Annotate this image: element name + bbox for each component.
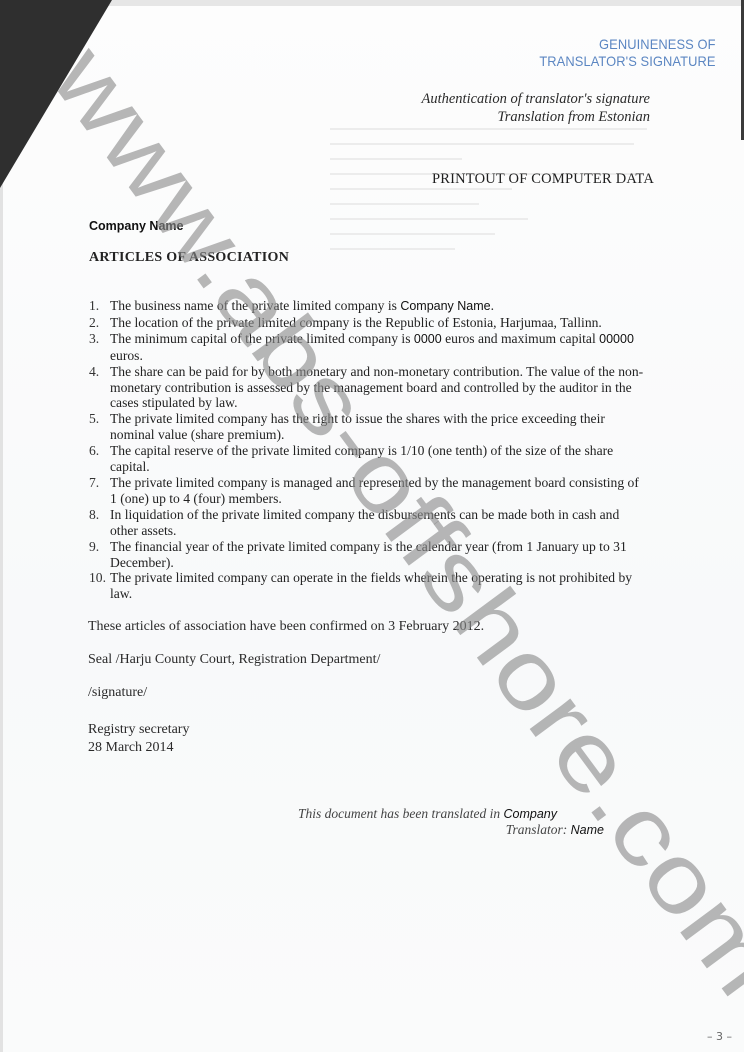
article-item: 3.The minimum capital of the private lim…	[89, 331, 649, 364]
article-item: 8.In liquidation of the private limited …	[89, 507, 649, 539]
article-text: euros.	[110, 348, 143, 363]
article-number: 5.	[89, 411, 107, 427]
page-number: – 3 –	[707, 1030, 732, 1043]
article-number: 10.	[89, 570, 107, 586]
article-text: The share can be paid for by both moneta…	[110, 364, 643, 411]
article-item: 6.The capital reserve of the private lim…	[89, 443, 649, 475]
authentication-heading: Authentication of translator's signature…	[421, 90, 650, 126]
article-text: The private limited company is managed a…	[110, 475, 639, 506]
article-text: The private limited company can operate …	[110, 570, 632, 601]
stamp-line-2: TRANSLATOR'S SIGNATURE	[540, 53, 716, 70]
registry-title: Registry secretary	[88, 721, 189, 739]
article-text: The capital reserve of the private limit…	[110, 443, 613, 474]
bleed-through-text	[330, 128, 660, 263]
articles-title: ARTICLES OF ASSOCIATION	[89, 250, 289, 266]
folded-corner-shadow	[0, 0, 120, 190]
article-item: 10.The private limited company can opera…	[89, 570, 649, 602]
article-inserted-value: 0000	[414, 332, 442, 346]
translator-label: Translator:	[506, 822, 571, 837]
article-item: 1.The business name of the private limit…	[89, 298, 649, 315]
article-text: In liquidation of the private limited co…	[110, 507, 619, 538]
seal-text: Seal /Harju County Court, Registration D…	[88, 652, 380, 668]
genuineness-stamp: GENUINENESS OF TRANSLATOR'S SIGNATURE	[540, 36, 716, 70]
articles-list: 1.The business name of the private limit…	[89, 298, 649, 602]
article-number: 8.	[89, 507, 107, 523]
registry-block: Registry secretary 28 March 2014	[88, 721, 189, 757]
article-number: 1.	[89, 298, 107, 314]
article-item: 9.The financial year of the private limi…	[89, 539, 649, 571]
article-item: 7.The private limited company is managed…	[89, 475, 649, 507]
article-text: The business name of the private limited…	[110, 298, 400, 313]
company-name-header: Company Name	[89, 219, 183, 233]
translator-line: Translator: Name	[298, 822, 618, 838]
translation-note: This document has been translated in Com…	[298, 806, 618, 838]
article-item: 5.The private limited company has the ri…	[89, 411, 649, 443]
article-text: The location of the private limited comp…	[110, 315, 602, 330]
confirmation-text: These articles of association have been …	[88, 619, 484, 635]
article-number: 3.	[89, 331, 107, 347]
translation-company: Company	[504, 807, 558, 821]
article-text: The financial year of the private limite…	[110, 539, 627, 570]
scan-left-edge	[0, 180, 3, 1052]
article-number: 7.	[89, 475, 107, 491]
article-text: euros and maximum capital	[442, 331, 599, 346]
printout-label: PRINTOUT OF COMPUTER DATA	[432, 171, 654, 188]
article-number: 9.	[89, 539, 107, 555]
article-number: 4.	[89, 364, 107, 380]
document-page: GENUINENESS OF TRANSLATOR'S SIGNATURE Au…	[0, 0, 744, 1052]
authentication-line-2: Translation from Estonian	[421, 108, 650, 126]
article-text: .	[491, 298, 494, 313]
translator-name: Name	[571, 823, 604, 837]
registry-date: 28 March 2014	[88, 739, 189, 757]
article-item: 4.The share can be paid for by both mone…	[89, 364, 649, 412]
article-item: 2.The location of the private limited co…	[89, 315, 649, 331]
article-number: 2.	[89, 315, 107, 331]
article-text: The minimum capital of the private limit…	[110, 331, 414, 346]
article-inserted-value: Company Name	[400, 299, 490, 313]
article-number: 6.	[89, 443, 107, 459]
article-text: The private limited company has the righ…	[110, 411, 605, 442]
signature-text: /signature/	[88, 685, 147, 701]
translation-note-text: This document has been translated in	[298, 806, 504, 821]
authentication-line-1: Authentication of translator's signature	[421, 90, 650, 108]
article-inserted-value: 00000	[599, 332, 634, 346]
stamp-line-1: GENUINENESS OF	[540, 36, 716, 53]
